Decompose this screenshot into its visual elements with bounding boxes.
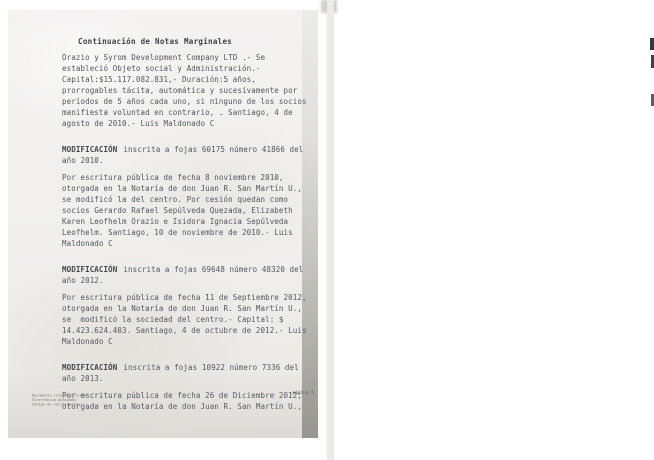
note-line: se modificó la sociedad del centro.- Cap… [62, 314, 312, 325]
note-line: prorrogables tácita, automática y sucesi… [62, 85, 312, 96]
note-line: Karen Leofhelm Orazio e Isidora Ignacia … [62, 216, 312, 227]
note-line: Orazio y Syrom Development Company LTD .… [62, 52, 312, 63]
note-line: otorgada en la Notaría de don Juan R. Sa… [62, 303, 312, 314]
note-line: estableció Objeto social y Administració… [62, 63, 312, 74]
note-line: se modificó la del centro. Por cesión qu… [62, 194, 312, 205]
note-line: Maldonado C [62, 238, 312, 249]
notes-column: Orazio y Syrom Development Company LTD .… [62, 52, 312, 412]
note-line: año 2010. [62, 155, 312, 166]
note-line: MODIFICACIÓNinscrita a fojas 69648 númer… [62, 264, 312, 275]
document-page: Continuación de Notas Marginales Orazio … [8, 10, 318, 438]
note-line: otorgada en la Notaría de don Juan R. Sa… [62, 183, 312, 194]
note-block: MODIFICACIÓNinscrita a fojas 10922 númer… [62, 362, 312, 412]
note-line: Por escritura pública de fecha 26 de Dic… [62, 390, 312, 401]
note-line: períodos de 5 años cada uno, si ninguno … [62, 96, 312, 107]
note-line: 14.423.624.403. Santiago, 4 de octubre d… [62, 325, 312, 336]
modification-keyword: MODIFICACIÓN [62, 265, 117, 274]
note-line: año 2012. [62, 275, 312, 286]
note-block: MODIFICACIÓNinscrita a fojas 69648 númer… [62, 264, 312, 347]
screenshot-canvas: Continuación de Notas Marginales Orazio … [0, 0, 654, 460]
note-line: Por escritura pública de fecha 8 noviemb… [62, 172, 312, 183]
stamp-line: Código de verificación: [32, 402, 86, 407]
signature-stamp: Documento incorpora Firma Electrónica Av… [32, 393, 86, 407]
modification-keyword: MODIFICACIÓN [62, 363, 117, 372]
note-block: MODIFICACIÓNinscrita a fojas 60175 númer… [62, 144, 312, 249]
adjacent-page-edge [327, 0, 334, 460]
note-line: Maldonado C [62, 336, 312, 347]
note-line: Capital:$15.117.082.831,- Duración:5 año… [62, 74, 312, 85]
note-line: Leofhelm. Santiago, 10 de noviembre de 2… [62, 227, 312, 238]
note-line-text: inscrita a fojas 10922 número 7336 del [123, 363, 298, 372]
note-line: socios Gerardo Rafael Sepúlveda Quezada,… [62, 205, 312, 216]
modification-keyword: MODIFICACIÓN [62, 145, 117, 154]
note-block: Orazio y Syrom Development Company LTD .… [62, 52, 312, 129]
note-line: Por escritura pública de fecha 11 de Sep… [62, 292, 312, 303]
note-line: MODIFICACIÓNinscrita a fojas 10922 númer… [62, 362, 312, 373]
note-line-text: inscrita a fojas 60175 número 41866 del [123, 145, 303, 154]
screen-edge-fragment [650, 38, 654, 50]
note-line: año 2013. [62, 373, 312, 384]
page-number: página 5 [292, 391, 314, 396]
note-line: otorgada en la Notaría de don Juan R. Sa… [62, 401, 312, 412]
page-title: Continuación de Notas Marginales [78, 37, 232, 46]
note-line: agosto de 2010.- Luis Maldonado C [62, 118, 312, 129]
note-line: manifiesta voluntad en contrario, . Sant… [62, 107, 312, 118]
note-line: MODIFICACIÓNinscrita a fojas 60175 númer… [62, 144, 312, 155]
note-line-text: inscrita a fojas 69648 número 48320 del [123, 265, 303, 274]
